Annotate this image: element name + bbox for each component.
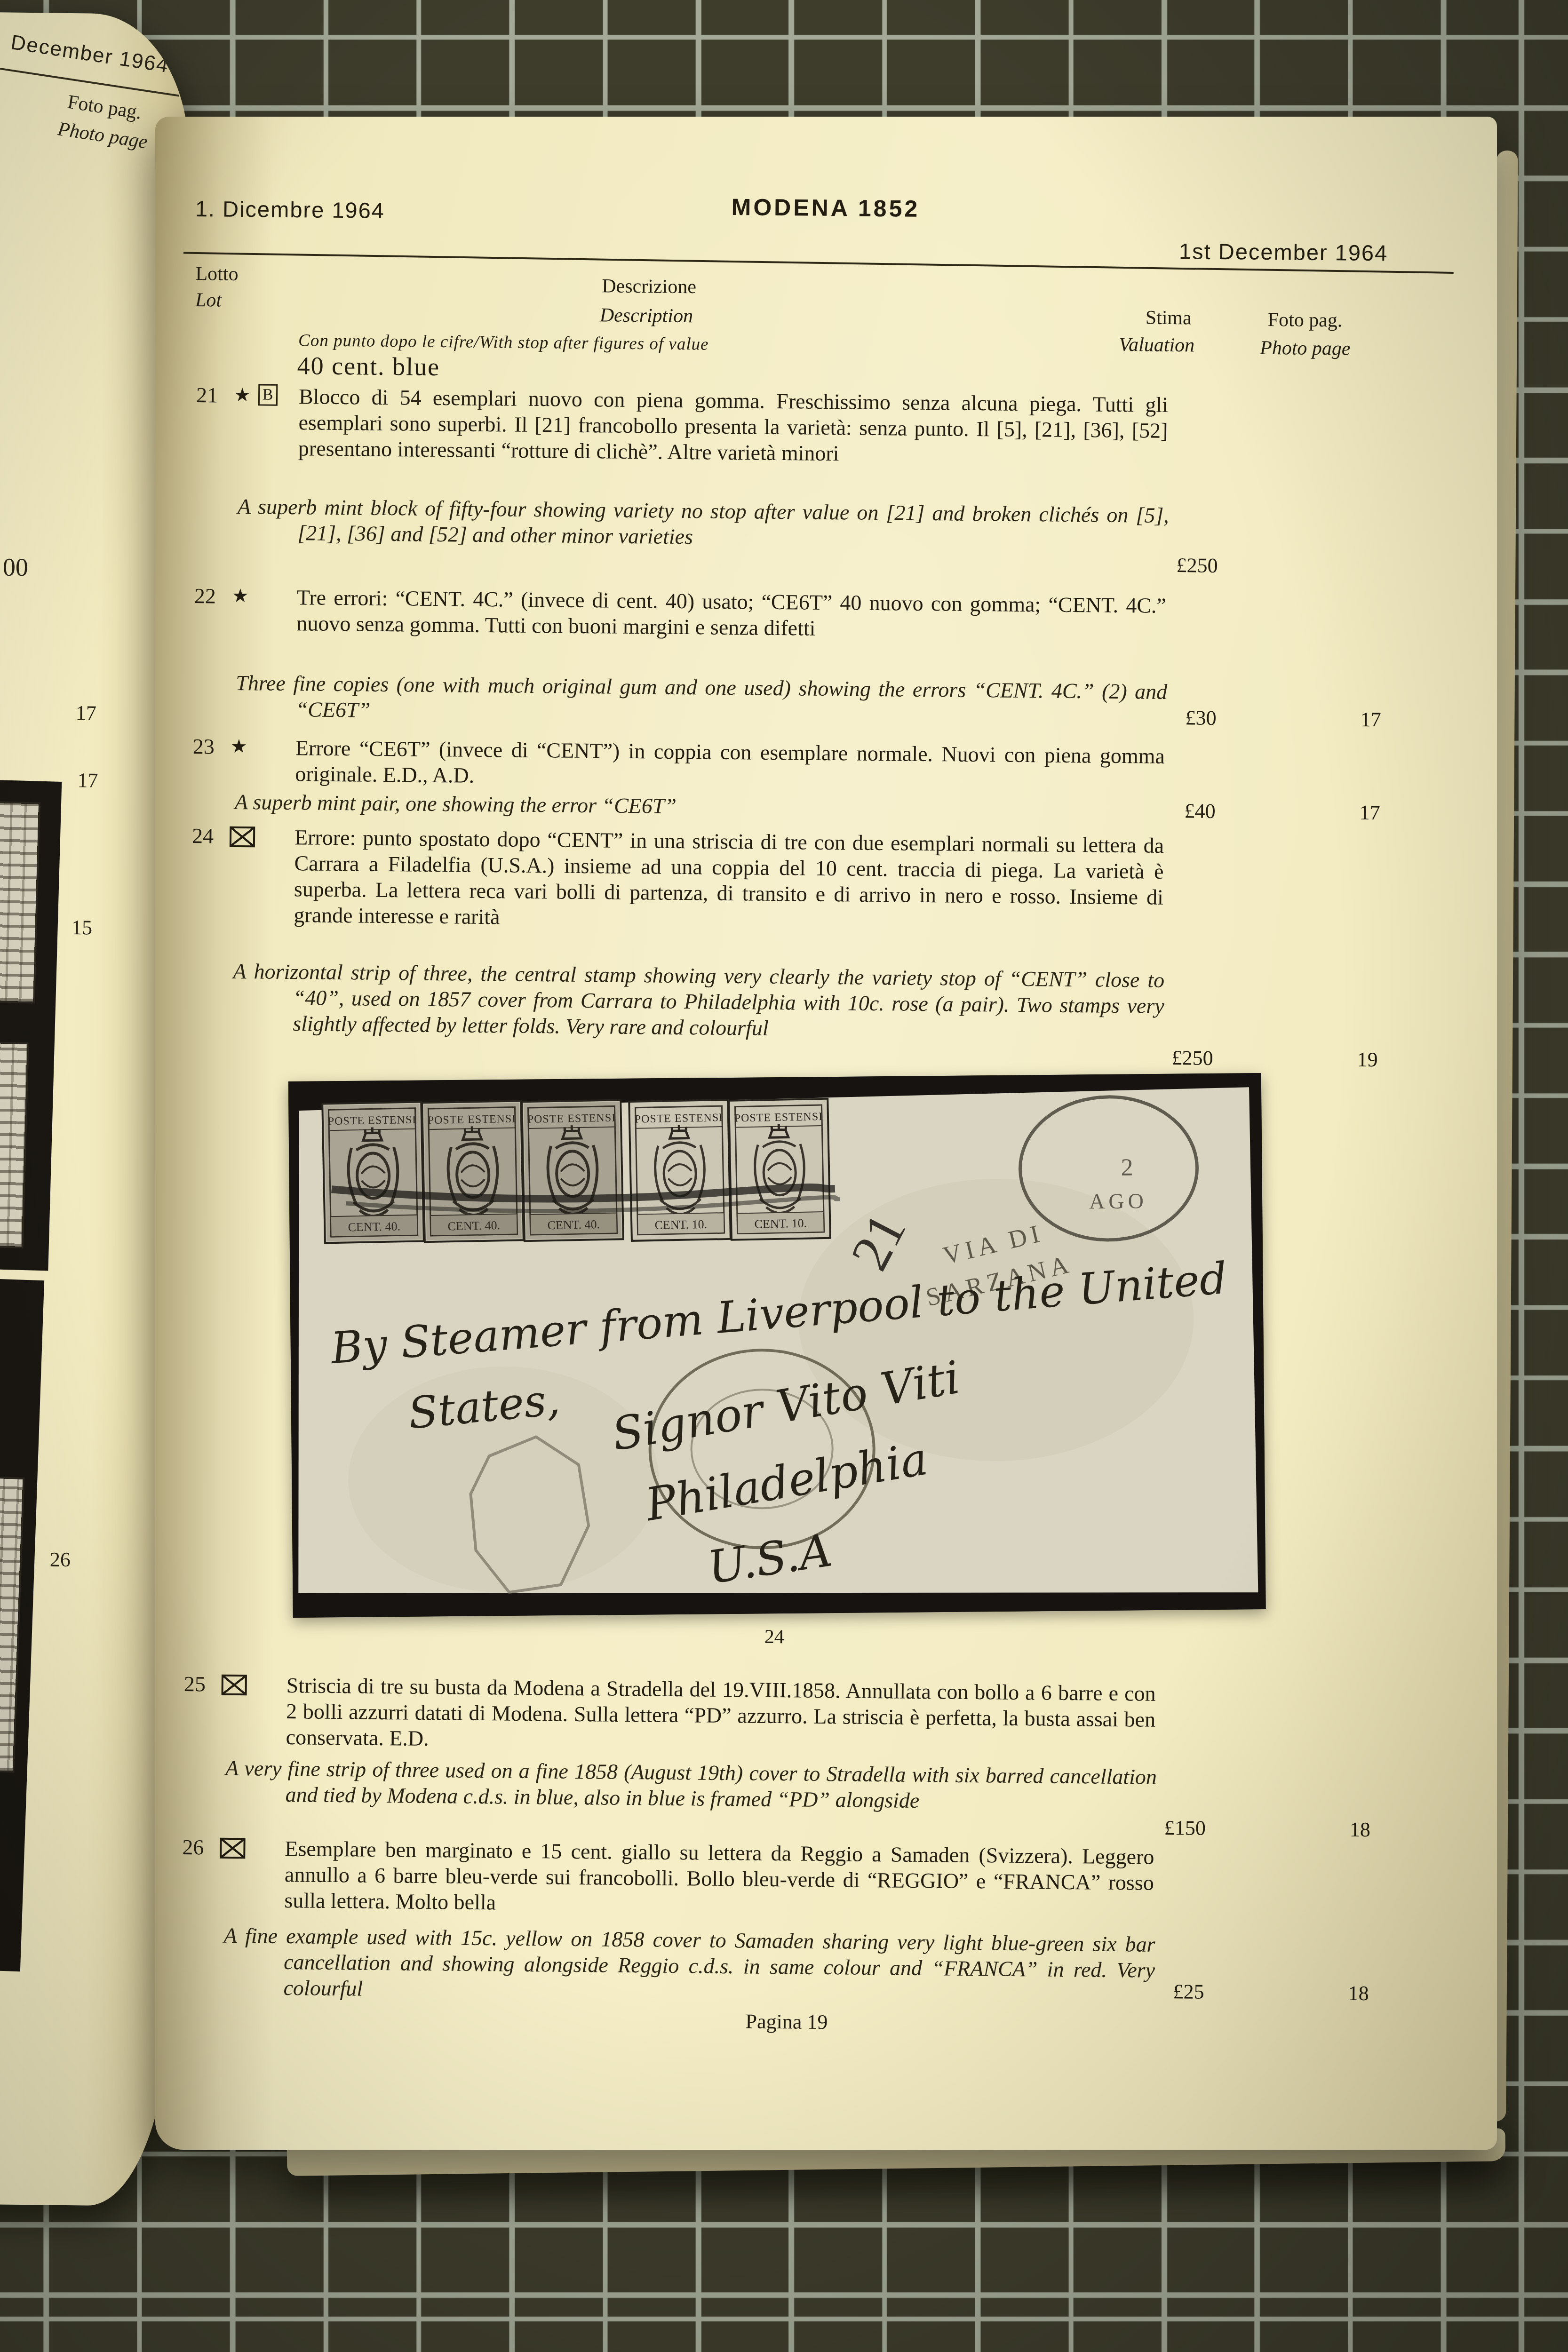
- col-header-description: Description: [600, 304, 693, 327]
- lot-22-description-italian: Tre errori: “CENT. 4C.” (invece di cent.…: [296, 584, 1166, 644]
- lot-25-number: 25: [184, 1671, 247, 1697]
- mint-star-icon: ★: [231, 734, 247, 759]
- catalog-page: 1. Dicembre 1964 MODENA 1852 1st Decembe…: [155, 117, 1497, 2150]
- col-header-valuation: Valuation: [1119, 334, 1194, 357]
- lot-25-description-english: A very fine strip of three used on a fin…: [285, 1756, 1157, 1816]
- lot-24-description-italian: Errore: punto spostato dopo “CENT” in un…: [294, 824, 1164, 936]
- stamp-value-label: CENT. 10.: [754, 1216, 807, 1231]
- cover-symbol-icon: [220, 1838, 245, 1859]
- lot-number: 26: [182, 1835, 213, 1860]
- lot-26-description-english: A fine example used with 15c. yellow on …: [283, 1923, 1155, 2009]
- page-content: 1. Dicembre 1964 MODENA 1852 1st Decembe…: [136, 116, 1497, 2162]
- lot-26-description-italian: Esemplare ben marginato e 15 cent. giall…: [284, 1836, 1154, 1922]
- lot-24-cover-photograph: POSTE ESTENSI CENT. 40.: [288, 1073, 1266, 1618]
- col-header-foto-pag: Foto pag.: [1267, 309, 1342, 332]
- cover-photo-svg: POSTE ESTENSI CENT. 40.: [288, 1073, 1266, 1618]
- col-header-lot: Lot: [195, 289, 222, 312]
- header-date-english: 1st December 1964: [1179, 238, 1388, 266]
- left-page-photo-ref: 26: [50, 1548, 71, 1572]
- mint-star-icon: ★: [232, 584, 249, 608]
- left-page-photo-fragment: [0, 1277, 44, 1971]
- lot-24-number: 24: [192, 823, 255, 849]
- lot-number: 21: [196, 382, 227, 408]
- lot-26-valuation: £25: [1173, 1979, 1204, 2004]
- lot-number: 25: [184, 1671, 215, 1697]
- left-page-foto-pag: Foto pag.: [66, 91, 143, 124]
- stamp-top-label: POSTE ESTENSI: [635, 1112, 724, 1126]
- lot-25-description-italian: Striscia di tre su busta da Modena a Str…: [286, 1672, 1155, 1758]
- section-heading: 40 cent. blue: [297, 351, 440, 381]
- col-header-stima: Stima: [1146, 306, 1192, 329]
- lot-25-photo-page: 18: [1350, 1818, 1370, 1842]
- photographed-catalog-scene: { "colors":{ "mat":"#3e3d2c","mat_grid_l…: [0, 0, 1568, 2352]
- lot-21-description-english: A superb mint block of fifty-four showin…: [297, 494, 1169, 554]
- lot-25-valuation: £150: [1164, 1816, 1206, 1840]
- lot-26-number: 26: [182, 1835, 246, 1860]
- lot-number: 24: [192, 823, 223, 849]
- section-intro: Con punto dopo le cifre/With stop after …: [298, 330, 709, 354]
- lot-21-number: 21 ★ B: [196, 382, 278, 408]
- col-header-lotto: Lotto: [195, 262, 238, 286]
- lot-23-description-english: A superb mint pair, one showing the erro…: [295, 789, 1166, 824]
- left-page-photo-fragment: [0, 779, 62, 1271]
- col-header-photo-page: Photo page: [1260, 337, 1351, 360]
- lot-number: 23: [193, 734, 223, 759]
- lot-22-photo-page: 17: [1360, 707, 1381, 731]
- lot-24-valuation: £250: [1171, 1046, 1213, 1070]
- stamp-top-label: POSTE ESTENSI: [734, 1111, 823, 1125]
- cds-day: 2: [1121, 1154, 1133, 1181]
- lot-24-description-english: A horizontal strip of three, the central…: [293, 959, 1164, 1045]
- stamp-image-fragment: [0, 1475, 24, 1773]
- cds-month: AGO: [1089, 1189, 1147, 1213]
- stamp-image-fragment: [0, 800, 40, 1003]
- photo-caption: 24: [288, 1621, 1261, 1653]
- lot-22-valuation: £30: [1185, 706, 1216, 730]
- lot-22-description-english: Three fine copies (one with much origina…: [295, 670, 1167, 731]
- lot-21-description-italian: Blocco di 54 esemplari nuovo con piena g…: [298, 383, 1168, 469]
- block-symbol-icon: B: [258, 384, 278, 405]
- left-page-photo-ref: 17: [76, 701, 97, 725]
- left-page-photo-ref: 15: [72, 915, 93, 939]
- col-header-descrizione: Descrizione: [602, 275, 696, 298]
- lot-number: 22: [194, 583, 225, 609]
- stamp-value-label: CENT. 10.: [654, 1217, 707, 1232]
- left-page-date: December 1964: [9, 31, 171, 78]
- mint-star-icon: ★: [234, 383, 251, 407]
- lot-21-valuation: £250: [1176, 553, 1218, 578]
- cover-symbol-icon: [222, 1675, 247, 1696]
- left-page-photo-ref: 17: [77, 768, 98, 792]
- stamp-strip: POSTE ESTENSI CENT. 40.: [322, 1094, 840, 1248]
- lot-22-number: 22 ★: [194, 583, 249, 609]
- page-number-footer: Pagina 19: [137, 2003, 1436, 2040]
- lot-23-photo-page: 17: [1359, 801, 1380, 825]
- lot-23-description-italian: Errore “CE6T” (invece di “CENT”) in copp…: [295, 735, 1165, 795]
- lot-23-valuation: £40: [1184, 799, 1215, 823]
- stamp-image-fragment: [0, 1041, 29, 1248]
- lot-26-photo-page: 18: [1348, 1981, 1369, 2005]
- lot-24-photo-page: 19: [1357, 1048, 1377, 1072]
- cover-symbol-icon: [230, 826, 255, 848]
- lot-23-number: 23 ★: [193, 734, 247, 759]
- left-page-value-fragment: 00: [3, 552, 29, 582]
